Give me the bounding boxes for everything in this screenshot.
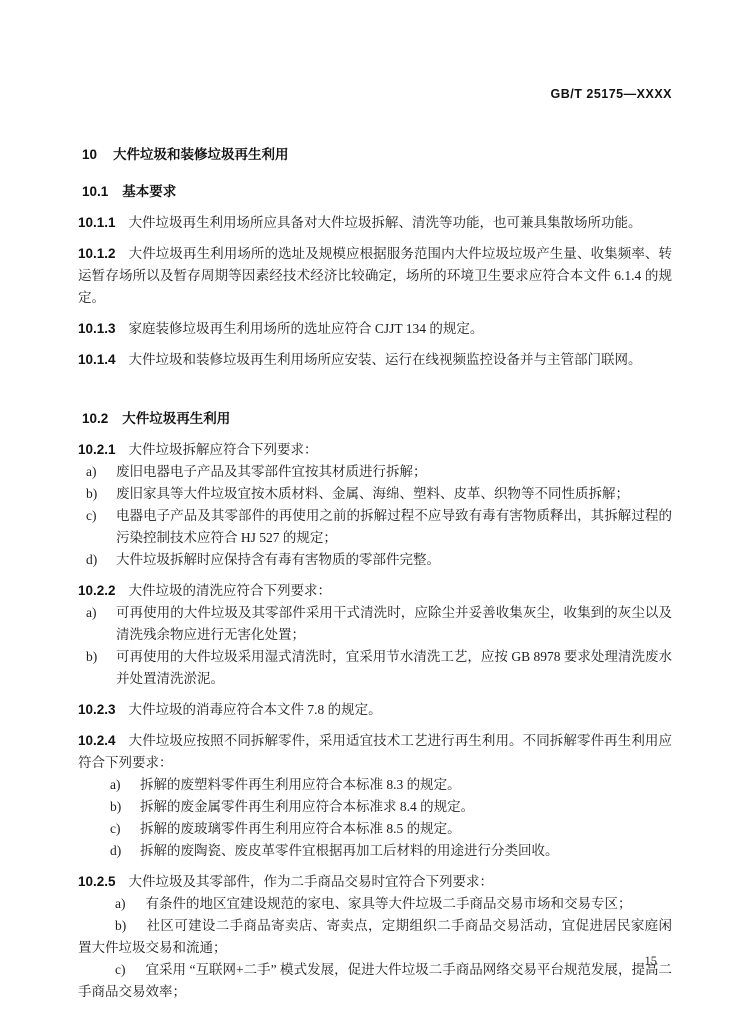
list-item: c) 拆解的废玻璃零件再生利用应符合本标准 8.5 的规定。 xyxy=(78,818,672,840)
clause-10-1-4: 10.1.4大件垃圾和装修垃圾再生利用场所应安装、运行在线视频监控设备并与主管部… xyxy=(78,349,672,371)
clause-text: 大件垃圾的消毒应符合本文件 7.8 的规定。 xyxy=(129,702,382,717)
list-item-label: b) xyxy=(110,796,140,818)
clause-10-2-1-list: a) 废旧电器电子产品及其零部件宜按其材质进行拆解； b) 废旧家具等大件垃圾宜… xyxy=(78,461,672,571)
clause-10-2-2: 10.2.2大件垃圾的清洗应符合下列要求： xyxy=(78,580,672,602)
list-item-text: 电器电子产品及其零部件的再使用之前的拆解过程不应导致有毒有害物质释出，其拆解过程… xyxy=(116,505,672,549)
list-item-label: a) xyxy=(86,461,116,483)
clause-10-2-4-list: a) 拆解的废塑料零件再生利用应符合本标准 8.3 的规定。 b) 拆解的废金属… xyxy=(78,774,672,862)
clause-text: 大件垃圾再生利用场所的选址及规模应根据服务范围内大件垃圾垃圾产生量、收集频率、转… xyxy=(78,246,672,305)
clause-10-2-2-list: a) 可再使用的大件垃圾及其零部件采用干式清洗时，应除尘并妥善收集灰尘，收集到的… xyxy=(78,602,672,690)
section-10-2-heading: 10.2大件垃圾再生利用 xyxy=(78,411,672,427)
clause-text: 家庭装修垃圾再生利用场所的选址应符合 CJJT 134 的规定。 xyxy=(129,321,484,336)
list-item-label: c) xyxy=(110,818,140,840)
list-item-text: 可再使用的大件垃圾采用湿式清洗时，宜采用节水清洗工艺，应按 GB 8978 要求… xyxy=(116,646,672,690)
clause-10-2-3: 10.2.3大件垃圾的消毒应符合本文件 7.8 的规定。 xyxy=(78,699,672,721)
clause-10-1-3: 10.1.3家庭装修垃圾再生利用场所的选址应符合 CJJT 134 的规定。 xyxy=(78,318,672,340)
clause-10-1-1: 10.1.1大件垃圾再生利用场所应具备对大件垃圾拆解、清洗等功能，也可兼具集散场… xyxy=(78,212,672,234)
section-10-1-number: 10.1 xyxy=(82,184,108,199)
list-item-label: b) xyxy=(86,646,116,690)
list-item-text: 拆解的废塑料零件再生利用应符合本标准 8.3 的规定。 xyxy=(140,774,672,796)
list-item: b) 废旧家具等大件垃圾宜按木质材料、金属、海绵、塑料、皮革、织物等不同性质拆解… xyxy=(78,483,672,505)
section-10-2-number: 10.2 xyxy=(82,411,108,426)
list-item: c) 电器电子产品及其零部件的再使用之前的拆解过程不应导致有毒有害物质释出，其拆… xyxy=(78,505,672,549)
list-item-label: a) xyxy=(115,896,126,911)
list-item-label: b) xyxy=(115,918,126,933)
section-10-1-heading: 10.1基本要求 xyxy=(78,184,672,200)
list-item: d) 大件垃圾拆解时应保持含有毒有害物质的零部件完整。 xyxy=(78,549,672,571)
list-item-text: 拆解的废玻璃零件再生利用应符合本标准 8.5 的规定。 xyxy=(140,818,672,840)
clause-number: 10.2.3 xyxy=(78,702,116,717)
list-item-label: d) xyxy=(86,549,116,571)
list-item-text: 有条件的地区宜建设规范的家电、家具等大件垃圾二手商品交易市场和交易专区； xyxy=(146,896,632,911)
list-item-text: 大件垃圾拆解时应保持含有毒有害物质的零部件完整。 xyxy=(116,549,672,571)
clause-number: 10.1.2 xyxy=(78,246,116,261)
clause-number: 10.2.1 xyxy=(78,442,116,457)
list-item-label: c) xyxy=(86,505,116,549)
list-item-label: d) xyxy=(110,840,140,862)
clause-text: 大件垃圾应按照不同拆解零件，采用适宜技术工艺进行再生利用。不同拆解零件再生利用应… xyxy=(78,733,672,770)
doc-code-label: GB/T 25175—XXXX xyxy=(551,87,672,101)
list-item: b)社区可建设二手商品寄卖店、寄卖点，定期组织二手商品交易活动，宜促进居民家庭闲… xyxy=(78,915,672,959)
list-item: b) 拆解的废金属零件再生利用应符合本标准求 8.4 的规定。 xyxy=(78,796,672,818)
clause-number: 10.2.2 xyxy=(78,583,116,598)
clause-number: 10.2.4 xyxy=(78,733,116,748)
list-item: a) 废旧电器电子产品及其零部件宜按其材质进行拆解； xyxy=(78,461,672,483)
list-item-label: a) xyxy=(86,602,116,646)
list-item: a)有条件的地区宜建设规范的家电、家具等大件垃圾二手商品交易市场和交易专区； xyxy=(78,893,672,915)
clause-text: 大件垃圾再生利用场所应具备对大件垃圾拆解、清洗等功能，也可兼具集散场所功能。 xyxy=(129,215,642,230)
list-item-label: b) xyxy=(86,483,116,505)
clause-text: 大件垃圾的清洗应符合下列要求： xyxy=(129,583,332,598)
clause-number: 10.1.3 xyxy=(78,321,116,336)
clause-10-2-5-list: a)有条件的地区宜建设规范的家电、家具等大件垃圾二手商品交易市场和交易专区； b… xyxy=(78,893,672,1003)
list-item: a) 可再使用的大件垃圾及其零部件采用干式清洗时，应除尘并妥善收集灰尘，收集到的… xyxy=(78,602,672,646)
list-item-text: 拆解的废陶瓷、废皮革零件宜根据再加工后材料的用途进行分类回收。 xyxy=(140,840,672,862)
clause-10-2-1: 10.2.1大件垃圾拆解应符合下列要求： xyxy=(78,439,672,461)
section-10-number: 10 xyxy=(82,147,97,162)
clause-10-2-5: 10.2.5大件垃圾及其零部件，作为二手商品交易时宜符合下列要求： xyxy=(78,871,672,893)
clause-number: 10.2.5 xyxy=(78,874,116,889)
list-item-text: 拆解的废金属零件再生利用应符合本标准求 8.4 的规定。 xyxy=(140,796,672,818)
section-10-1-title: 基本要求 xyxy=(122,184,176,199)
section-10-heading: 10大件垃圾和装修垃圾再生利用 xyxy=(78,147,672,163)
clause-10-1-2: 10.1.2大件垃圾再生利用场所的选址及规模应根据服务范围内大件垃圾垃圾产生量、… xyxy=(78,243,672,309)
list-item-label: c) xyxy=(115,962,126,977)
list-item: b) 可再使用的大件垃圾采用湿式清洗时，宜采用节水清洗工艺，应按 GB 8978… xyxy=(78,646,672,690)
list-item-text: 宜采用 “互联网+二手” 模式发展，促进大件垃圾二手商品网络交易平台规范发展，提… xyxy=(78,962,672,999)
running-header: GB/T 25175—XXXX xyxy=(78,86,672,102)
clause-text: 大件垃圾及其零部件，作为二手商品交易时宜符合下列要求： xyxy=(129,874,494,889)
clause-10-2-4: 10.2.4大件垃圾应按照不同拆解零件，采用适宜技术工艺进行再生利用。不同拆解零… xyxy=(78,730,672,774)
page-number: 15 xyxy=(645,950,658,972)
list-item: a) 拆解的废塑料零件再生利用应符合本标准 8.3 的规定。 xyxy=(78,774,672,796)
document-page: GB/T 25175—XXXX 10大件垃圾和装修垃圾再生利用 10.1基本要求… xyxy=(0,0,729,1029)
clause-number: 10.1.1 xyxy=(78,215,116,230)
clause-text: 大件垃圾拆解应符合下列要求： xyxy=(129,442,318,457)
clause-text: 大件垃圾和装修垃圾再生利用场所应安装、运行在线视频监控设备并与主管部门联网。 xyxy=(129,352,642,367)
list-item-text: 社区可建设二手商品寄卖店、寄卖点，定期组织二手商品交易活动，宜促进居民家庭闲置大… xyxy=(78,918,672,955)
section-10-title: 大件垃圾和装修垃圾再生利用 xyxy=(113,147,289,162)
section-10-2-title: 大件垃圾再生利用 xyxy=(122,411,230,426)
list-item-text: 废旧电器电子产品及其零部件宜按其材质进行拆解； xyxy=(116,461,672,483)
list-item: c)宜采用 “互联网+二手” 模式发展，促进大件垃圾二手商品网络交易平台规范发展… xyxy=(78,959,672,1003)
clause-number: 10.1.4 xyxy=(78,352,116,367)
list-item-label: a) xyxy=(110,774,140,796)
list-item-text: 废旧家具等大件垃圾宜按木质材料、金属、海绵、塑料、皮革、织物等不同性质拆解； xyxy=(116,483,672,505)
list-item-text: 可再使用的大件垃圾及其零部件采用干式清洗时，应除尘并妥善收集灰尘，收集到的灰尘以… xyxy=(116,602,672,646)
list-item: d) 拆解的废陶瓷、废皮革零件宜根据再加工后材料的用途进行分类回收。 xyxy=(78,840,672,862)
